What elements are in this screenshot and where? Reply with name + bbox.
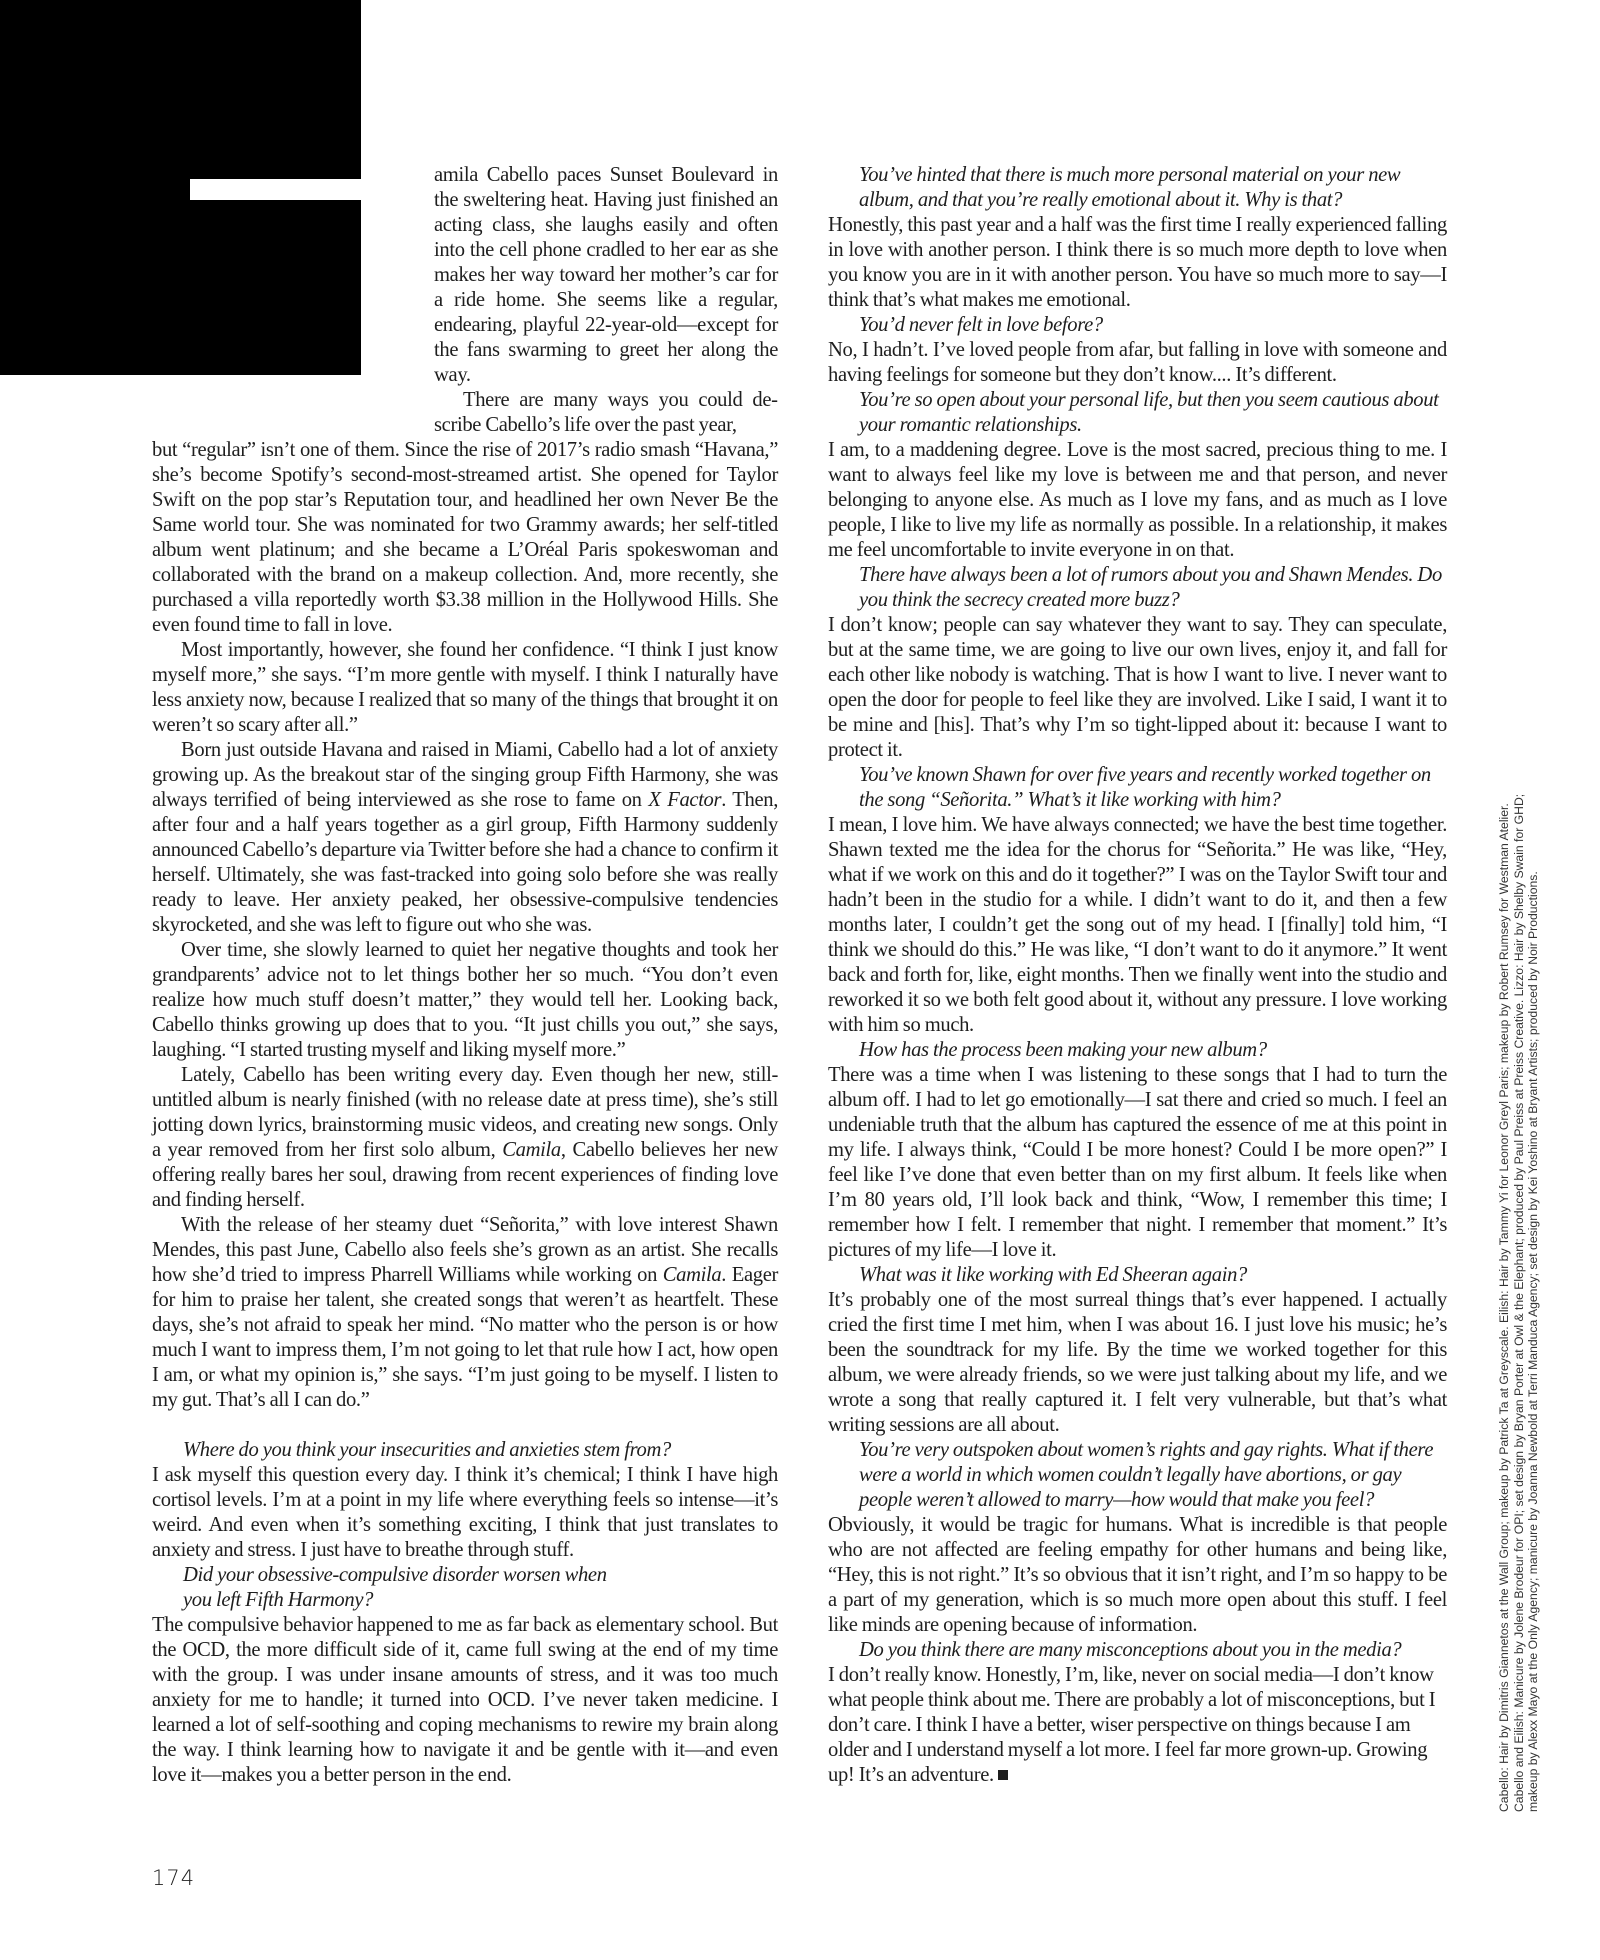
album-title: Camila (502, 1139, 561, 1161)
show-title: X Factor (648, 789, 721, 811)
interview-answer: I mean, I love him. We have always conne… (828, 813, 1447, 1038)
credit-line: makeup by Alexx Mayo at the Only Agency;… (1526, 740, 1541, 1812)
interview-question: You’ve hinted that there is much more pe… (828, 163, 1447, 213)
article-intro: amila Cabello paces Sunset Boulevard in … (434, 163, 778, 438)
credit-line: Cabello: Hair by Dimitris Giannetos at t… (1497, 740, 1512, 1812)
intro-paragraph: amila Cabello paces Sunset Boulevard in … (434, 163, 778, 388)
interview-answer: No, I hadn’t. I’ve loved people from afa… (828, 338, 1447, 388)
end-of-article-square-icon (998, 1770, 1008, 1780)
interview-answer: There was a time when I was listening to… (828, 1063, 1447, 1263)
interview-answer: Obviously, it would be tragic for humans… (828, 1513, 1447, 1638)
interview-answer: I don’t know; people can say whatever th… (828, 613, 1447, 763)
body-paragraph: Born just outside Havana and raised in M… (152, 738, 778, 938)
body-paragraph: With the release of her steamy duet “Señ… (152, 1213, 778, 1413)
interview-answer: Honestly, this past year and a half was … (828, 213, 1447, 313)
drop-cap-notch (190, 179, 361, 200)
body-paragraph: but “regular” isn’t one of them. Since t… (152, 438, 778, 638)
interview-question: There have always been a lot of rumors a… (828, 563, 1447, 613)
interview-question: You’ve known Shawn for over five years a… (828, 763, 1447, 813)
interview-answer: I am, to a maddening degree. Love is the… (828, 438, 1447, 563)
interview-answer: I don’t really know. Honestly, I’m, like… (828, 1663, 1447, 1788)
right-column: You’ve hinted that there is much more pe… (828, 163, 1447, 1788)
interview-question: Where do you think your insecurities and… (152, 1438, 778, 1463)
interview-question: Did your obsessive-compulsive disorder w… (152, 1563, 778, 1613)
interview-question: How has the process been making your new… (828, 1038, 1447, 1063)
credit-line: Cabello and Eilish: Manicure by Jolene B… (1512, 740, 1527, 1812)
interview-answer: The compulsive behavior happened to me a… (152, 1613, 778, 1788)
intro-paragraph-2-start: There are many ways you could de­scribe … (434, 388, 778, 438)
body-paragraph: Lately, Cabello has been writing every d… (152, 1063, 778, 1213)
body-paragraph: Most importantly, however, she found her… (152, 638, 778, 738)
page-number: 174 (152, 1866, 195, 1890)
interview-question: Do you think there are many misconceptio… (828, 1638, 1447, 1663)
interview-answer: It’s probably one of the most surreal th… (828, 1288, 1447, 1438)
left-column: but “regular” isn’t one of them. Since t… (152, 438, 778, 1788)
interview-question: You’re so open about your personal life,… (828, 388, 1447, 438)
body-paragraph: Over time, she slowly learned to quiet h… (152, 938, 778, 1063)
interview-question: You’d never felt in love before? (828, 313, 1447, 338)
photo-credits: Cabello: Hair by Dimitris Giannetos at t… (1497, 740, 1541, 1812)
interview-answer: I ask myself this question every day. I … (152, 1463, 778, 1563)
album-title: Camila (663, 1264, 722, 1286)
interview-question: You’re very outspoken about women’s righ… (828, 1438, 1447, 1513)
drop-cap-letter-c-graphic (0, 0, 361, 375)
interview-question: What was it like working with Ed Sheeran… (828, 1263, 1447, 1288)
